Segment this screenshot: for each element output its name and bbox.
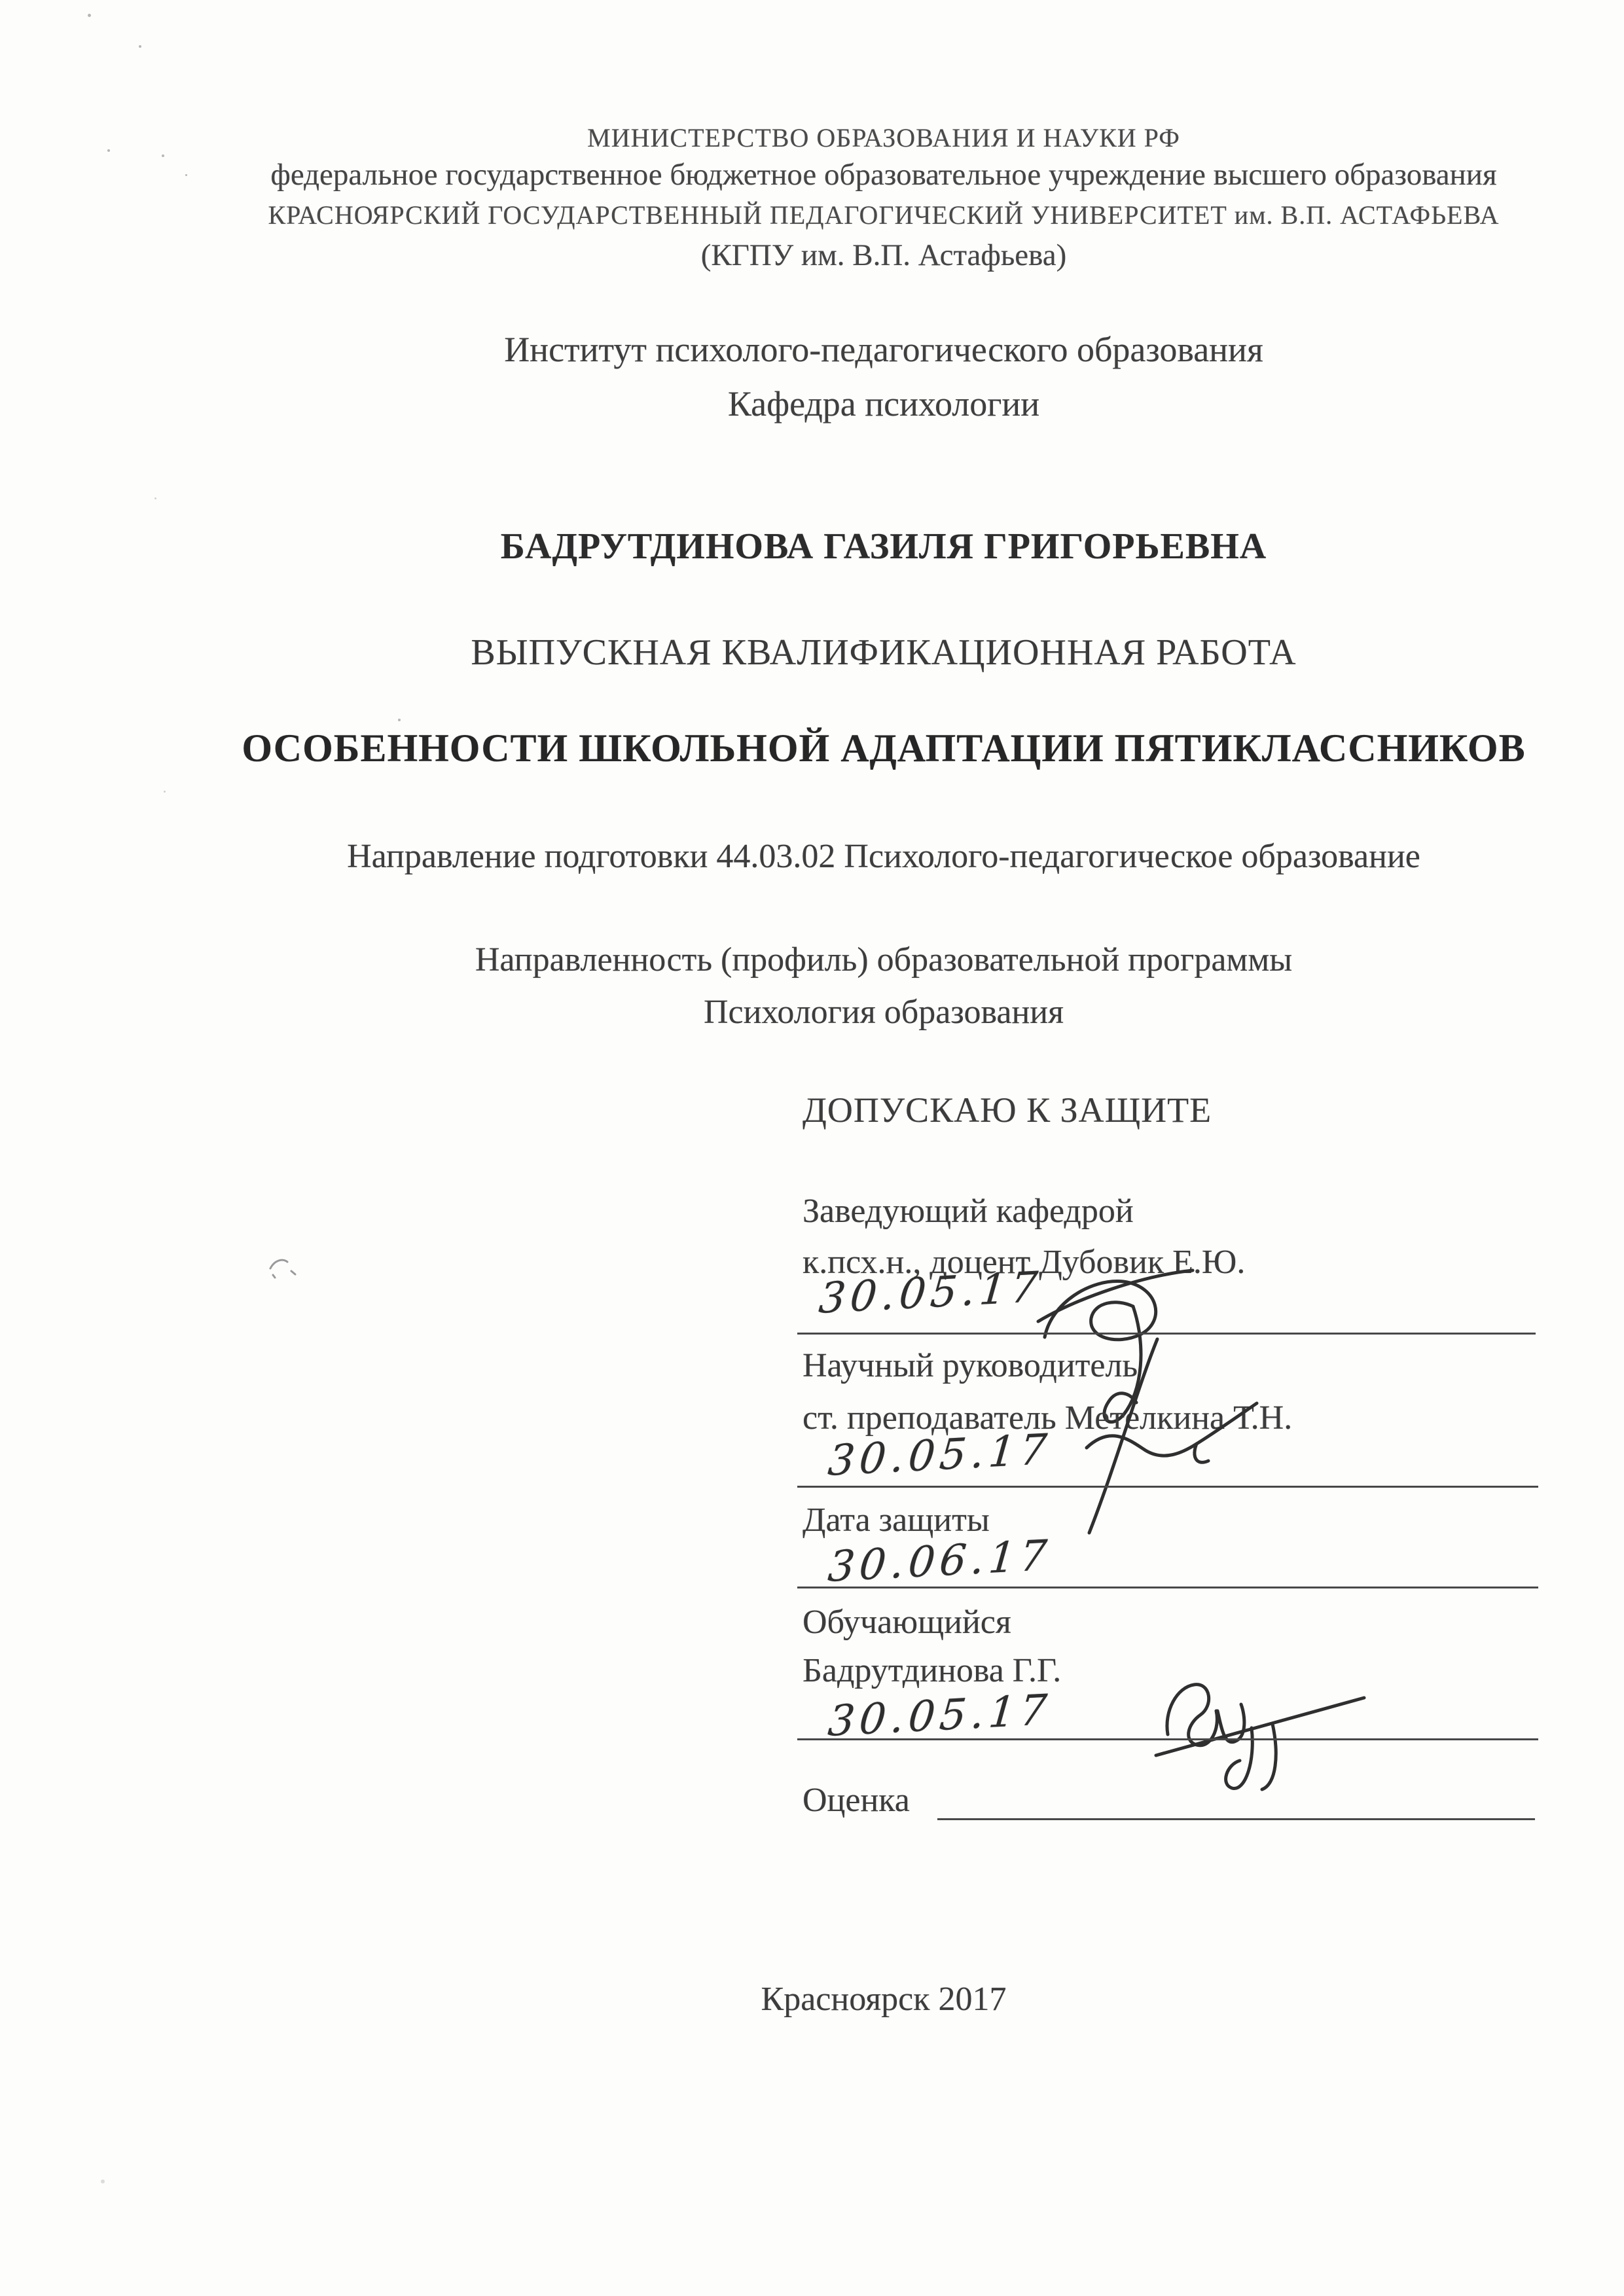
- scan-speck: [162, 154, 164, 157]
- author-name: БАДРУТДИНОВА ГАЗИЛЯ ГРИГОРЬЕВНА: [177, 528, 1591, 566]
- defense-date-label: Дата защиты: [803, 1503, 990, 1539]
- supervisor-signature: [1047, 1335, 1263, 1538]
- grade-line: [937, 1818, 1535, 1820]
- city-year: Красноярск 2017: [177, 1982, 1591, 2018]
- defense-date-line: [797, 1587, 1538, 1588]
- scan-speck: [398, 719, 401, 721]
- defense-date-handwritten: 30.06.17: [826, 1532, 1053, 1592]
- scanned-title-page: МИНИСТЕРСТВО ОБРАЗОВАНИЯ И НАУКИ РФ феде…: [0, 0, 1624, 2296]
- thesis-title: ОСОБЕННОСТИ ШКОЛЬНОЙ АДАПТАЦИИ ПЯТИКЛАСС…: [177, 728, 1591, 769]
- institute-name: Институт психолого-педагогического образ…: [177, 331, 1591, 368]
- scan-speck: [88, 14, 91, 17]
- student-signature: [1147, 1649, 1369, 1800]
- scan-speck: [139, 45, 141, 48]
- head-signature-line: [797, 1333, 1536, 1335]
- university-name-line: КРАСНОЯРСКИЙ ГОСУДАРСТВЕННЫЙ ПЕДАГОГИЧЕС…: [177, 202, 1591, 229]
- pencil-mark: [265, 1249, 304, 1285]
- head-role: Заведующий кафедрой: [803, 1194, 1134, 1230]
- supervisor-signature-line: [797, 1486, 1538, 1488]
- student-name: Бадрутдинова Г.Г.: [803, 1653, 1061, 1689]
- university-abbrev-line: (КГПУ им. В.П. Астафьева): [177, 240, 1591, 272]
- admit-heading: ДОПУСКАЮ К ЗАЩИТЕ: [803, 1092, 1212, 1129]
- program-direction: Направление подготовки 44.03.02 Психолог…: [177, 839, 1591, 875]
- profile-value: Психология образования: [177, 995, 1591, 1031]
- work-type: ВЫПУСКНАЯ КВАЛИФИКАЦИОННАЯ РАБОТА: [177, 634, 1591, 672]
- institution-type-line: федеральное государственное бюджетное об…: [177, 159, 1591, 191]
- grade-label: Оценка: [803, 1783, 910, 1819]
- scan-speck: [164, 791, 166, 793]
- student-label: Обучающийся: [803, 1605, 1011, 1641]
- ministry-line: МИНИСТЕРСТВО ОБРАЗОВАНИЯ И НАУКИ РФ: [177, 124, 1591, 152]
- scan-speck: [107, 149, 110, 152]
- profile-label: Направленность (профиль) образовательной…: [177, 942, 1591, 978]
- scan-speck: [101, 2179, 105, 2183]
- student-date-handwritten: 30.05.17: [826, 1686, 1053, 1746]
- scan-speck: [154, 497, 156, 499]
- student-signature-line: [797, 1738, 1538, 1740]
- department-name: Кафедра психологии: [177, 386, 1591, 423]
